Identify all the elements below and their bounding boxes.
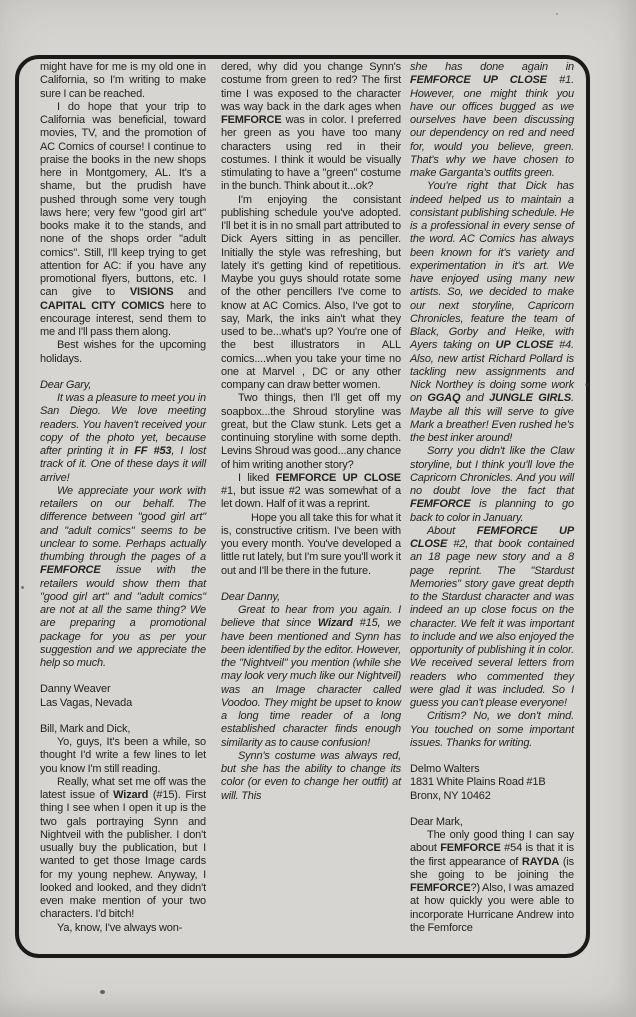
paragraph: Danny Weaver <box>40 683 206 696</box>
paragraph: The only good thing I can say about FEMF… <box>410 829 574 935</box>
paragraph: Bronx, NY 10462 <box>410 790 574 803</box>
paragraph: dered, why did you change Synn's costume… <box>221 61 401 194</box>
paragraph: she has done again in FEMFORCE UP CLOSE … <box>410 61 574 180</box>
paragraph: Two things, then I'll get off my soapbox… <box>221 392 401 472</box>
page: might have for me is my old one in Calif… <box>0 0 636 1017</box>
paragraph: might have for me is my old one in Calif… <box>40 61 206 101</box>
paragraph: Bill, Mark and Dick, <box>40 723 206 736</box>
scan-speck <box>100 990 105 994</box>
paragraph: It was a pleasure to meet you in San Die… <box>40 392 206 485</box>
paragraph: Synn's costume was always red, but she h… <box>221 750 401 803</box>
letters-column-2: dered, why did you change Synn's costume… <box>221 61 401 803</box>
paragraph: Really, what set me off was the latest i… <box>40 776 206 922</box>
paragraph: Yo, guys, It's been a while, so thought … <box>40 736 206 776</box>
paragraph: Delmo Walters <box>410 763 574 776</box>
paragraph: I'm enjoying the consistant publishing s… <box>221 194 401 393</box>
scan-speck <box>21 586 24 589</box>
paragraph: 1831 White Plains Road #1B <box>410 776 574 789</box>
scan-speck <box>585 383 589 386</box>
paragraph: Dear Gary, <box>40 379 206 392</box>
scan-speck <box>556 13 558 15</box>
paragraph: Best wishes for the upcoming holidays. <box>40 339 206 366</box>
paragraph: Las Vagas, Nevada <box>40 697 206 710</box>
paragraph: You're right that Dick has indeed helped… <box>410 180 574 445</box>
paragraph: We appreciate your work with retailers o… <box>40 485 206 671</box>
paragraph: Ya, know, I've always won- <box>40 922 206 935</box>
letters-column-1: might have for me is my old one in Calif… <box>40 61 206 935</box>
paragraph: Great to hear from you again. I believe … <box>221 604 401 750</box>
paragraph: I liked FEMFORCE UP CLOSE #1, but issue … <box>221 472 401 512</box>
paragraph: Dear Danny, <box>221 591 401 604</box>
paragraph: Dear Mark, <box>410 816 574 829</box>
paragraph: Critism? No, we don't mind. You touched … <box>410 710 574 750</box>
paragraph: I do hope that your trip to California w… <box>40 101 206 340</box>
paragraph: About FEMFORCE UP CLOSE #2, that book co… <box>410 525 574 711</box>
letters-column-3: she has done again in FEMFORCE UP CLOSE … <box>410 61 574 935</box>
paragraph: Hope you all take this for what it is, c… <box>221 512 401 578</box>
paragraph: Sorry you didn't like the Claw storyline… <box>410 445 574 525</box>
